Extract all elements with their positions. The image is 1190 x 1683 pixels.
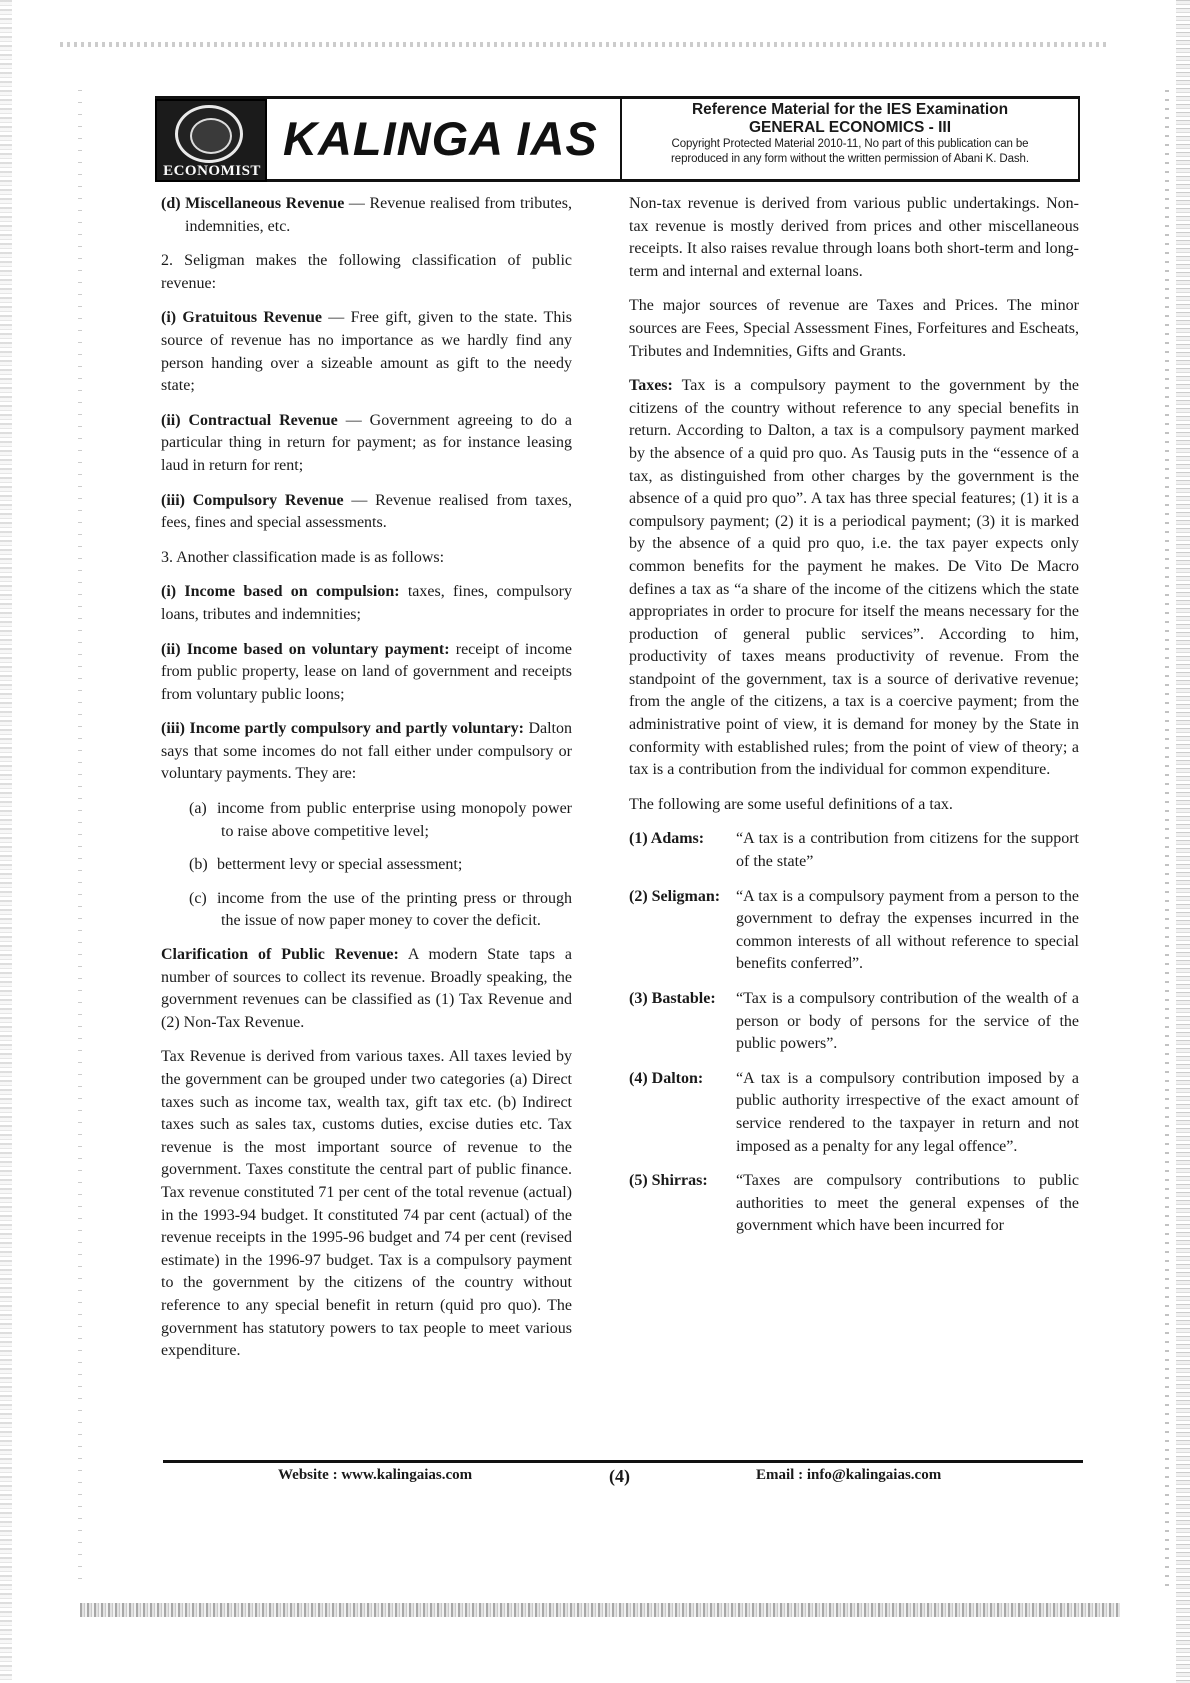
definition-text: “A tax is a compulsory payment from a pe… (736, 886, 1079, 976)
list-marker: (c) (189, 888, 217, 911)
scan-margin-noise-left (78, 90, 82, 1590)
definition-item: (2) Seligman: “A tax is a compulsory pay… (629, 886, 1079, 976)
list-marker: (b) (189, 854, 217, 877)
definition-author: (5) Shirras: (629, 1170, 736, 1238)
paragraph-income-compulsion: (i) Income based on compulsion: taxes, f… (161, 581, 572, 626)
list-item: (a)income from public enterprise using m… (161, 798, 572, 843)
list-item-text: income from the use of the printing pres… (217, 890, 572, 930)
list-item-text: income from public enterprise using mono… (217, 800, 572, 840)
left-column: (d) Miscellaneous Revenue — Revenue real… (161, 193, 572, 1375)
page-header: ECONOMIST KALINGA IAS Reference Material… (155, 96, 1080, 182)
copyright-line-2: reproduced in any form without the writt… (622, 152, 1078, 167)
paragraph-taxes: Taxes: Tax is a compulsory payment to th… (629, 375, 1079, 782)
list-item-text: betterment levy or special assessment; (217, 856, 462, 873)
list-item: (c)income from the use of the printing p… (161, 888, 572, 933)
definition-text: “Tax is a compulsory contribution of the… (736, 988, 1079, 1056)
scan-margin-noise-right (1165, 90, 1169, 1590)
definition-item: (1) Adams: “A tax is a contribution from… (629, 828, 1079, 873)
paragraph-gratuitous: (i) Gratuitous Revenue — Free gift, give… (161, 307, 572, 397)
term-label: (i) Income based on compulsion: (161, 583, 400, 600)
paragraph-income-partly: (iii) Income partly compulsory and partl… (161, 718, 572, 786)
term-label: (ii) Income based on voluntary payment: (161, 641, 450, 658)
paragraph-misc-revenue: (d) Miscellaneous Revenue — Revenue real… (161, 193, 572, 238)
term-label: (d) Miscellaneous Revenue (161, 195, 344, 212)
copyright-line-1: Copyright Protected Material 2010-11, No… (622, 137, 1078, 152)
definition-author: (1) Adams: (629, 828, 736, 873)
scan-edge-top (60, 42, 1110, 47)
definition-text: “A tax is a contribution from citizens f… (736, 828, 1079, 873)
brand-name: KALINGA IAS (283, 113, 598, 165)
definition-text: “Taxes are compulsory contributions to p… (736, 1170, 1079, 1238)
header-subject: GENERAL ECONOMICS - III (622, 119, 1078, 137)
definition-author: (2) Seligman: (629, 886, 736, 976)
footer-divider (163, 1460, 1083, 1463)
logo: ECONOMIST (155, 99, 267, 182)
header-info-box: Reference Material for the IES Examinati… (620, 99, 1080, 182)
paragraph-non-tax: Non-tax revenue is derived from various … (629, 193, 1079, 283)
paragraph-text: Tax is a compulsory payment to the gover… (629, 377, 1079, 778)
term-label: (ii) Contractual Revenue (161, 412, 338, 429)
definition-text: “A tax is a compulsory contribution impo… (736, 1068, 1079, 1158)
paragraph-compulsory: (iii) Compulsory Revenue — Revenue reali… (161, 490, 572, 535)
right-column: Non-tax revenue is derived from various … (629, 193, 1079, 1250)
seal-emblem-icon (175, 105, 243, 163)
paragraph-clarification: Clarification of Public Revenue: A moder… (161, 944, 572, 1034)
header-title: Reference Material for the IES Examinati… (622, 101, 1078, 119)
paragraph-major-sources: The major sources of revenue are Taxes a… (629, 295, 1079, 363)
paragraph-definitions-intro: The following are some useful definition… (629, 794, 1079, 817)
definition-item: (5) Shirras: “Taxes are compulsory contr… (629, 1170, 1079, 1238)
definition-item: (3) Bastable: “Tax is a compulsory contr… (629, 988, 1079, 1056)
paragraph-seligman-intro: 2. Seligman makes the following classifi… (161, 250, 572, 295)
paragraph-contractual: (ii) Contractual Revenue — Government ag… (161, 410, 572, 478)
definition-item: (4) Dalton: “A tax is a compulsory contr… (629, 1068, 1079, 1158)
definition-author: (4) Dalton: (629, 1068, 736, 1158)
term-label: (iii) Compulsory Revenue (161, 492, 344, 509)
scan-edge-left (0, 0, 12, 1683)
list-item: (b)betterment levy or special assessment… (161, 854, 572, 877)
scan-edge-right (1176, 0, 1190, 1683)
logo-caption: ECONOMIST (159, 163, 265, 179)
list-marker: (a) (189, 798, 217, 821)
term-label: Taxes: (629, 377, 673, 394)
definition-author: (3) Bastable: (629, 988, 736, 1056)
term-label: (iii) Income partly compulsory and partl… (161, 720, 524, 737)
paragraph-tax-revenue: Tax Revenue is derived from various taxe… (161, 1046, 572, 1362)
paragraph-income-voluntary: (ii) Income based on voluntary payment: … (161, 639, 572, 707)
term-label: (i) Gratuitous Revenue (161, 309, 322, 326)
page-number: (4) (609, 1466, 630, 1487)
term-label: Clarification of Public Revenue: (161, 946, 399, 963)
paragraph-another-intro: 3. Another classification made is as fol… (161, 547, 572, 570)
footer-website-link[interactable]: Website : www.kalingaias.com (278, 1467, 472, 1484)
scan-edge-bottom (80, 1603, 1120, 1617)
footer-email-link[interactable]: Email : info@kalingaias.com (756, 1467, 941, 1484)
